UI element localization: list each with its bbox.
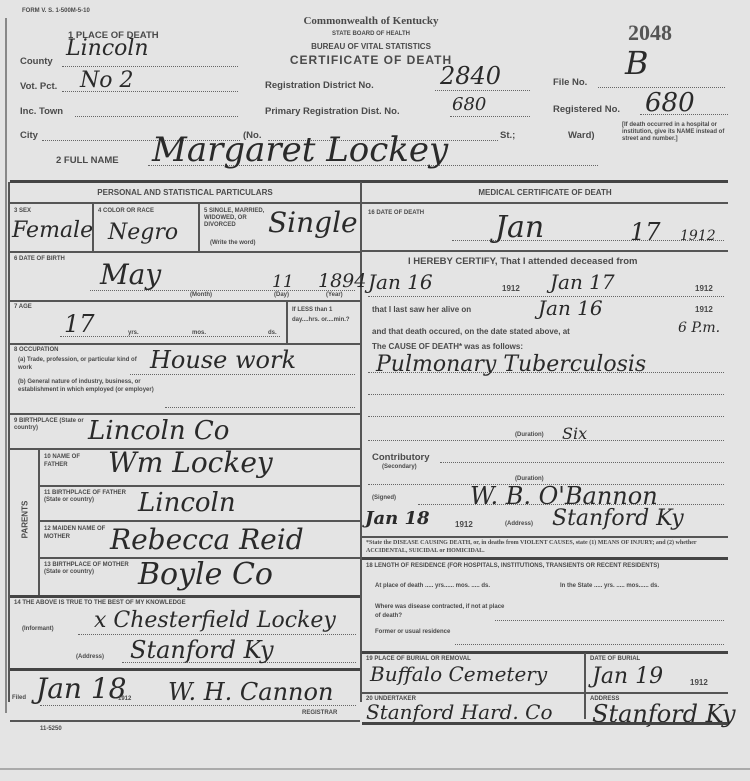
dob-year: 1894 (318, 270, 366, 292)
vot-pct-value: No 2 (80, 68, 134, 93)
occurred-time: 6 P.m. (678, 320, 720, 336)
marital-hint: (Write the word) (210, 240, 256, 246)
registrar-signature: W. H. Cannon (168, 678, 333, 706)
certify-text: I HEREBY CERTIFY, That I attended deceas… (408, 256, 637, 267)
last-saw-text: that I last saw her alive on (372, 305, 471, 314)
mother-name-value: Rebecca Reid (110, 523, 304, 556)
hospital-note: [If death occurred in a hospital or inst… (622, 122, 730, 143)
occupation-b-label: (b) General nature of industry, business… (18, 378, 168, 394)
parents-label: PARENTS (20, 501, 29, 539)
day-caption: (Day) (274, 292, 289, 298)
death-day: 17 (630, 218, 661, 246)
physician-address: Stanford Ky (552, 506, 684, 531)
personal-heading: PERSONAL AND STATISTICAL PARTICULARS (10, 188, 360, 197)
attended-to-year: 1912 (695, 284, 713, 293)
inc-town-label: Inc. Town (20, 106, 63, 117)
at-place-of-death: At place of death ..... yrs...... mos. .… (375, 582, 545, 591)
primary-dist-label: Primary Registration Dist. No. (265, 106, 400, 117)
medical-heading: MEDICAL CERTIFICATE OF DEATH (362, 188, 728, 197)
sex-label: 3 SEX (14, 208, 31, 214)
cause-value: Pulmonary Tuberculosis (376, 352, 646, 377)
death-month: Jan (495, 210, 544, 245)
signed-label: (Signed) (372, 495, 396, 501)
signed-date: Jan 18 (365, 508, 430, 529)
death-certificate: FORM V. S. 1-500M-5-10 1 PLACE OF DEATH … (0, 0, 750, 781)
date-of-death-label: 16 DATE OF DEATH (368, 210, 424, 216)
occupation-a-value: House work (150, 346, 296, 374)
marital-value: Single (268, 206, 358, 239)
race-label: 4 COLOR OR RACE (98, 208, 154, 214)
occupation-label: 8 OCCUPATION (14, 347, 58, 353)
residence-label: 18 LENGTH OF RESIDENCE (FOR HOSPITALS, I… (366, 562, 726, 570)
filed-year: 1912 (118, 696, 131, 702)
signed-year: 1912 (455, 520, 473, 529)
registration-district-label: Registration District No. (265, 80, 374, 91)
mos-caption: mos. (192, 330, 206, 336)
contributory-label: Contributory (372, 452, 430, 463)
contributory-sub: (Secondary) (382, 464, 417, 470)
filed-date: Jan 18 (36, 672, 126, 705)
undertaker-value: Stanford Hard. Co (366, 700, 553, 724)
where-contracted: Where was disease contracted, if not at … (375, 603, 505, 621)
county-value: Lincoln (66, 36, 149, 61)
year-caption: (Year) (326, 292, 343, 298)
birthplace-value: Lincoln Co (88, 416, 229, 446)
ward-label: Ward) (568, 130, 595, 141)
cause-label: The CAUSE OF DEATH* was as follows: (372, 342, 523, 351)
burial-year: 1912 (690, 678, 708, 687)
stamp-number: 2048 (628, 20, 672, 46)
age-years: 17 (64, 310, 95, 338)
address-label: (Address) (76, 654, 104, 660)
less-than-label: If LESS than 1 day....hrs. or....min.? (292, 305, 358, 325)
death-year: 1912 (680, 228, 716, 244)
ds-caption: ds. (268, 330, 277, 336)
former-residence: Former or usual residence (375, 628, 475, 637)
form-number: FORM V. S. 1-500M-5-10 (22, 8, 90, 14)
last-saw-year: 1912 (695, 305, 713, 314)
file-no-value: B (625, 44, 649, 82)
burial-place-value: Buffalo Cemetery (370, 662, 547, 686)
father-birthplace-label: 11 BIRTHPLACE OF FATHER (State or countr… (44, 490, 134, 504)
attended-to: Jan 17 (550, 270, 615, 294)
st-label: St.; (500, 130, 515, 141)
race-value: Negro (108, 220, 178, 245)
attended-from-year: 1912 (502, 284, 520, 293)
physician-address-label: (Address) (505, 521, 533, 527)
father-name-value: Wm Lockey (108, 446, 273, 479)
true-statement: 14 THE ABOVE IS TRUE TO THE BEST OF MY K… (14, 600, 186, 606)
dob-day: 11 (272, 272, 294, 292)
duration-label: (Duration) (515, 432, 544, 438)
last-saw-date: Jan 16 (538, 296, 603, 320)
full-name-value: Margaret Lockey (152, 130, 448, 170)
informant-label: (Informant) (22, 626, 54, 632)
cause-footnote: *State the DISEASE CAUSING DEATH, or, in… (366, 539, 726, 555)
registered-no-value: 680 (645, 88, 695, 118)
age-label: 7 AGE (14, 304, 32, 310)
attended-from: Jan 16 (368, 270, 433, 294)
filed-label: Filed (12, 695, 26, 701)
bureau-title: BUREAU OF VITAL STATISTICS (262, 42, 480, 51)
primary-dist-value: 680 (452, 94, 486, 115)
month-caption: (Month) (190, 292, 212, 298)
dob-month: May (100, 258, 161, 291)
registered-no-label: Registered No. (553, 104, 620, 115)
left-border (5, 18, 7, 713)
marital-label: 5 SINGLE, MARRIED, WIDOWED, OR DIVORCED (204, 208, 268, 229)
full-name-label: 2 FULL NAME (56, 155, 119, 166)
occurred-text: and that death occured, on the date stat… (372, 327, 570, 336)
sex-value: Female (12, 218, 93, 243)
mother-birthplace-value: Boyle Co (138, 557, 273, 592)
vot-pct-label: Vot. Pct. (20, 81, 57, 92)
occupation-a-label: (a) Trade, profession, or particular kin… (18, 356, 138, 372)
county-label: County (20, 56, 53, 67)
commonwealth-title: Commonwealth of Kentucky (262, 15, 480, 27)
dob-label: 6 DATE OF BIRTH (14, 256, 65, 262)
burial-date-value: Jan 19 (592, 664, 663, 689)
father-birthplace-value: Lincoln (138, 488, 236, 518)
informant-value: x Chesterfield Lockey (94, 608, 336, 633)
yrs-caption: yrs. (128, 330, 139, 336)
city-label: City (20, 130, 38, 141)
footer-code: 11-5250 (40, 726, 62, 732)
in-the-state: In the State ..... yrs. ..... mos...... … (560, 582, 725, 591)
mother-birthplace-label: 13 BIRTHPLACE OF MOTHER (State or countr… (44, 562, 134, 576)
file-no-label: File No. (553, 77, 587, 88)
father-name-label: 10 NAME OF FATHER (44, 453, 104, 469)
burial-date-label: DATE OF BURIAL (590, 656, 640, 662)
registrar-label: REGISTRAR (302, 710, 337, 716)
informant-address-value: Stanford Ky (130, 636, 274, 664)
board-title: STATE BOARD OF HEALTH (262, 31, 480, 37)
registration-district-value: 2840 (440, 62, 501, 90)
